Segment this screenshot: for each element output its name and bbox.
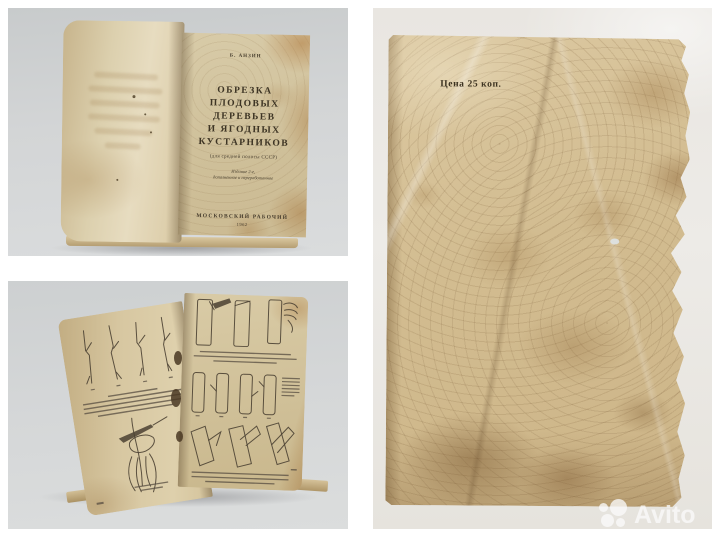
avito-watermark-label: Avito [634,501,696,530]
ink-speck [144,113,146,115]
photo-back-cover: Цена 25 коп. [373,8,712,529]
illustration-page-right [178,293,309,491]
publisher: МОСКОВСКИЙ РАБОЧИЙ [178,213,306,222]
title-page-author: Б. АНЗИН [182,33,310,61]
ink-speck [150,131,152,133]
photo-collage: Б. АНЗИН ОБРЕЗКА ПЛОДОВЫХ ДЕРЕВЬЕВ И ЯГО… [0,0,720,540]
edition-note: Издание 2-е, дополненное и переработанно… [179,168,307,183]
publication-year: 1962 [178,221,306,229]
avito-watermark: Avito [599,497,712,533]
spine-tear [171,389,181,407]
show-through-text [82,71,166,159]
title-page-subtitle: (для средней полосы СССР) [179,154,307,162]
paint-chip-spot [610,239,619,245]
ink-speck [132,95,135,98]
price-stamp: Цена 25 коп. [440,79,501,89]
spine-tear [176,431,183,442]
pruning-branch-figures [178,293,309,491]
photo-illustration-spread [8,281,348,529]
title-page: Б. АНЗИН ОБРЕЗКА ПЛОДОВЫХ ДЕРЕВЬЕВ И ЯГО… [178,33,310,238]
front-cover-inside-page [60,20,184,243]
book-title: ОБРЕЗКА ПЛОДОВЫХ ДЕРЕВЬЕВ И ЯГОДНЫХ КУСТ… [180,84,309,152]
title-line: КУСТАРНИКОВ [180,136,308,152]
photo-title-spread: Б. АНЗИН ОБРЕЗКА ПЛОДОВЫХ ДЕРЕВЬЕВ И ЯГО… [8,8,348,256]
ink-speck [116,179,118,181]
avito-logo-icon [599,499,629,531]
back-cover: Цена 25 коп. [385,35,690,507]
spine-tear [174,351,182,365]
